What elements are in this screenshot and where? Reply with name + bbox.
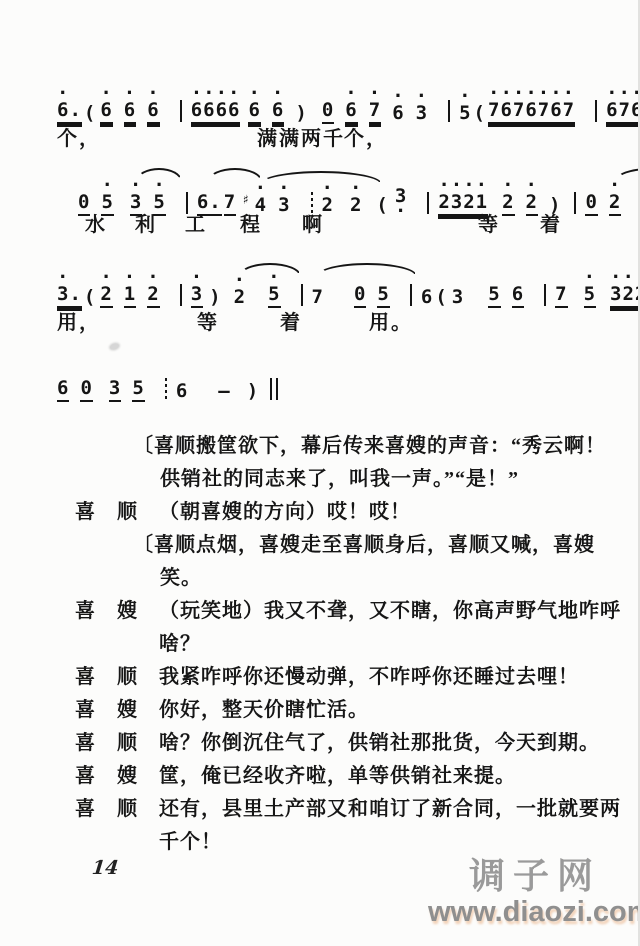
note-number: 7 <box>312 286 324 308</box>
barline <box>410 284 412 306</box>
note: 7 <box>555 274 567 308</box>
octave-dots-above: · <box>502 182 514 191</box>
dialog-text: 还有，县里土产部又和咱订了新合同，一批就要两千个！ <box>159 793 621 859</box>
parenthesis: ) <box>209 277 221 308</box>
note-number: 7 <box>224 191 236 216</box>
note-number: ) <box>247 380 259 402</box>
note-number: 6 <box>100 99 112 124</box>
parenthesis: ) <box>247 371 259 402</box>
note-number: 2 <box>147 283 159 308</box>
octave-dots-above <box>295 93 307 102</box>
note: 3 <box>109 368 121 402</box>
watermark-url-text: www.diaozi.com <box>428 896 640 928</box>
lyric: 工 <box>185 208 207 237</box>
note-number: 0 <box>354 283 366 308</box>
note-number: ( <box>435 286 447 308</box>
octave-dots-above: · <box>100 90 112 99</box>
rest-note: 0 <box>585 182 597 216</box>
note: ·5 <box>268 274 280 308</box>
lyric: 用， <box>57 306 101 335</box>
octave-dots-above <box>176 371 188 380</box>
octave-dots-above <box>555 274 567 283</box>
octave-dots-above: · <box>272 90 284 99</box>
note-number: 3 <box>416 102 428 124</box>
note-number: 6 <box>421 286 433 308</box>
music-line: · 6. (·6·6·6····6666·6·6 ) 0·6·7·6·3·5 (… <box>57 78 640 174</box>
octave-dots-above: · <box>278 185 290 194</box>
dialog-text-line: 筐，俺已经收齐啦，单等供销社来提。 <box>159 760 516 793</box>
octave-dots-above: · <box>268 274 280 283</box>
note: ·2 <box>100 274 112 308</box>
note: ·2 <box>526 182 538 216</box>
barline <box>448 100 450 122</box>
note-number: ( <box>474 102 486 124</box>
lyric: 水 <box>85 208 107 237</box>
note: 6 <box>512 274 524 308</box>
note-number: 7 <box>369 99 381 124</box>
dialog-text-line: 我紧咋呼你还慢动弹，不咋呼你还睡过去哩！ <box>159 661 579 694</box>
note-number: 0 <box>585 191 597 216</box>
dialog-text: 我紧咋呼你还慢动弹，不咋呼你还睡过去哩！ <box>159 661 579 694</box>
octave-dots-above <box>377 274 389 283</box>
note: 5 <box>488 274 500 308</box>
dialogue-section: 〔喜顺搬筐欲下，幕后传来喜嫂的声音：“秀云啊！供销社的同志来了，叫我一声。”“是… <box>75 430 605 859</box>
dialog-row: 喜 嫂筐，俺已经收齐啦，单等供销社来提。 <box>75 760 605 793</box>
octave-dots-above <box>322 90 334 99</box>
note-number: 0 <box>80 377 92 402</box>
octave-dots-above: · <box>124 274 136 283</box>
lyric: 着 <box>540 208 562 237</box>
note-number: 5 <box>132 377 144 402</box>
octave-dots-above: · <box>416 93 428 102</box>
octave-dots-above <box>57 368 69 377</box>
octave-dots-above <box>354 274 366 283</box>
note: ·6 <box>272 90 284 124</box>
octave-dots-above: · <box>369 90 381 99</box>
octave-dots-above <box>209 277 221 286</box>
note: ·5 <box>584 274 596 308</box>
note: 7 <box>224 182 236 216</box>
watermark-url-link[interactable]: www.diaozi.com www.diaozi.com <box>428 896 640 928</box>
lyric: 等 <box>478 208 500 237</box>
note: ·6 <box>392 93 404 124</box>
note: 6 <box>57 368 69 402</box>
octave-dots-above <box>197 182 222 191</box>
octave-dots-above <box>452 277 464 286</box>
dialog-text-line: 啥？你倒沉住气了，供销社那批货，今天到期。 <box>159 727 600 760</box>
score-page: · 6. (·6·6·6····6666·6·6 ) 0·6·7·6·3·5 (… <box>0 0 640 946</box>
dialog-text: 啥？你倒沉住气了，供销社那批货，今天到期。 <box>159 727 600 760</box>
octave-dots-above: · <box>130 182 142 191</box>
note-number: ( <box>376 194 388 216</box>
page-number: 14 <box>91 857 120 879</box>
lyric: 等 <box>197 306 219 335</box>
note-number: 2 <box>234 286 246 308</box>
note-number: ) <box>209 286 221 308</box>
notes-row: · 6. (·6·6·6····6666·6·6 ) 0·6·7·6·3·5 (… <box>57 78 640 124</box>
note-number: 3 <box>278 194 290 216</box>
stage-direction: 〔喜顺点烟，喜嫂走至喜顺身后，喜顺又喊，喜嫂笑。 <box>160 529 605 595</box>
note-number: 6 <box>124 99 136 124</box>
octave-dots-above <box>435 277 447 286</box>
dialog-text-line: 你好，整天价瞎忙活。 <box>159 694 369 727</box>
note: ·······7676767 <box>488 90 575 124</box>
dialog-row: 喜 顺还有，县里土产部又和咱订了新合同，一批就要两千个！ <box>75 793 605 859</box>
note: 3· <box>395 176 407 216</box>
barline <box>595 100 597 122</box>
octave-dots-above: · <box>350 185 362 194</box>
octave-dots-above: · <box>526 182 538 191</box>
note-number: 3227 <box>610 283 640 308</box>
octave-dots-above: · <box>584 274 596 283</box>
note: ·2 <box>350 185 362 216</box>
speaker-name: 喜 顺 <box>75 727 159 760</box>
octave-dots-above <box>224 182 236 191</box>
octave-dots-above <box>80 368 92 377</box>
octave-dots-above: · <box>147 90 159 99</box>
octave-dots-above: ······· <box>488 90 575 99</box>
note-number: 6 <box>345 99 357 124</box>
note-number: 2 <box>526 191 538 216</box>
note-number: 5 <box>584 283 596 308</box>
note-number: 3 <box>452 286 464 308</box>
note: ··· 3227 <box>610 274 640 308</box>
lyric: 着 <box>280 306 302 335</box>
note-number: 6 <box>392 102 404 124</box>
barline <box>180 284 182 306</box>
note: ·2 <box>147 274 159 308</box>
barline <box>544 284 546 306</box>
slur-arc <box>615 168 640 181</box>
note-number: 6 <box>176 380 188 402</box>
octave-dots-above: · <box>234 277 246 286</box>
octave-dots-above <box>240 177 252 186</box>
note-number: — <box>218 380 230 402</box>
note: ·2 <box>502 182 514 216</box>
dashed-barline <box>165 378 167 400</box>
note-number: 6 <box>272 99 284 124</box>
octave-dots-above: · <box>124 90 136 99</box>
note-number: 0 <box>322 99 334 124</box>
barline <box>180 100 182 122</box>
note-number: 6 <box>248 99 260 124</box>
watermark-site-name: 调子网 <box>428 856 640 896</box>
note: 6 <box>421 277 433 308</box>
dialog-text: （玩笑地）我又不聋，又不瞎，你高声野气地咋呼啥？ <box>159 595 621 661</box>
octave-dots-above: ···· <box>438 182 488 191</box>
octave-dots-above <box>585 182 597 191</box>
dialog-text-line: （朝喜嫂的方向）哎！哎！ <box>159 496 411 529</box>
final-barline <box>270 378 278 400</box>
speaker-name: 喜 顺 <box>75 793 159 826</box>
note-number: 6763 <box>606 99 640 124</box>
octave-dots-above <box>376 185 388 194</box>
note: · 3. <box>57 274 82 308</box>
note-number: 3. <box>57 283 82 308</box>
speaker-name: 喜 嫂 <box>75 595 159 628</box>
lyric: 用。 <box>369 306 413 335</box>
parenthesis: ( <box>376 185 388 216</box>
note-number: ) <box>295 102 307 124</box>
octave-dots-above: ··· <box>610 274 640 283</box>
note-number: 5 <box>377 283 389 308</box>
note-number: 2 <box>350 194 362 216</box>
octave-dots-above: · <box>101 182 113 191</box>
rest-note: 0 <box>322 90 334 124</box>
octave-dots-above <box>312 277 324 286</box>
octave-dots-above <box>512 274 524 283</box>
note: 5 <box>132 368 144 402</box>
dialog-text-line: （玩笑地）我又不聋，又不瞎，你高声野气地咋呼 <box>159 595 621 628</box>
note-number: ( <box>84 286 96 308</box>
note: ·6 <box>248 90 260 124</box>
octave-dots-above: ···· <box>191 90 241 99</box>
stage-direction: 〔喜顺搬筐欲下，幕后传来喜嫂的声音：“秀云啊！供销社的同志来了，叫我一声。”“是… <box>160 430 605 496</box>
note-number: ( <box>84 102 96 124</box>
octave-dots-above <box>132 368 144 377</box>
note-number: 6666 <box>191 99 241 124</box>
octave-dots-above: ···· <box>606 90 640 99</box>
note-number: 6 <box>57 377 69 402</box>
note: ·3 <box>416 93 428 124</box>
note-number: 2 <box>100 283 112 308</box>
lyric: 满满两千 <box>257 122 345 151</box>
lyric: 啊 <box>302 208 324 237</box>
octave-dots-above: · <box>345 90 357 99</box>
note: ····6666 <box>191 90 241 124</box>
note-number: 2 <box>502 191 514 216</box>
octave-dots-above: · <box>147 274 159 283</box>
dialog-text-line: 啥？ <box>159 628 621 661</box>
note-number: 3 <box>191 283 203 308</box>
dialog-text: 筐，俺已经收齐啦，单等供销社来提。 <box>159 760 516 793</box>
lyric: 个， <box>57 122 101 151</box>
octave-dots-above <box>84 93 96 102</box>
octave-dots-above: · <box>609 182 621 191</box>
dialog-row: 喜 嫂你好，整天价瞎忙活。 <box>75 694 605 727</box>
note: ·6 <box>147 90 159 124</box>
lyric: 利 <box>135 208 157 237</box>
octave-dots-above: · <box>57 90 82 99</box>
note: ·2 <box>609 182 621 216</box>
octave-dots-above: · <box>459 93 471 102</box>
octave-dots-above: · <box>153 182 165 191</box>
stage-direction-line: 供销社的同志来了，叫我一声。”“是！” <box>160 463 605 496</box>
octave-dots-above: · <box>392 93 404 102</box>
speaker-name: 喜 顺 <box>75 661 159 694</box>
note: 7 <box>312 277 324 308</box>
note: ·5 <box>459 93 471 124</box>
note-number: 5 <box>459 102 471 124</box>
note: ·2 <box>234 277 246 308</box>
note-number: 3 <box>109 377 121 402</box>
note-number: 6 <box>512 283 524 308</box>
note-number: 7676767 <box>488 99 575 124</box>
octave-dots-above <box>395 176 407 185</box>
speaker-name: 喜 嫂 <box>75 760 159 793</box>
note: 6 <box>176 371 188 402</box>
note: 5 <box>377 274 389 308</box>
note-number: 7 <box>555 283 567 308</box>
music-line: 0·5·3·5 6. 7 ♯·4·3·2·2 ( 3·····2321·2·2 … <box>78 164 640 260</box>
octave-dots-above <box>218 371 230 380</box>
note: 3 <box>452 277 464 308</box>
parenthesis: ( <box>435 277 447 308</box>
stage-direction-line: 笑。 <box>160 562 605 595</box>
octave-dots-above: · <box>322 185 334 194</box>
octave-dot-below: · <box>395 207 407 216</box>
note-number: 1 <box>124 283 136 308</box>
barline <box>301 284 303 306</box>
note: ·3 <box>191 274 203 308</box>
speaker-name: 喜 顺 <box>75 496 159 529</box>
octave-dots-above <box>78 182 90 191</box>
octave-dots-above: · <box>191 274 203 283</box>
dialog-row: 喜 嫂（玩笑地）我又不聋，又不瞎，你高声野气地咋呼啥？ <box>75 595 605 661</box>
octave-dots-above: · <box>57 274 82 283</box>
rest-note: 0 <box>80 368 92 402</box>
dialog-text: 你好，整天价瞎忙活。 <box>159 694 369 727</box>
notes-row: 6 0 3 5 6 — ) <box>57 356 287 402</box>
note: — <box>218 371 230 402</box>
parenthesis: ( <box>474 93 486 124</box>
dialog-text: （朝喜嫂的方向）哎！哎！ <box>159 496 411 529</box>
note-number: 5 <box>488 283 500 308</box>
rest-note: 0 <box>354 274 366 308</box>
slur-arc <box>317 263 417 276</box>
note: ·6 <box>100 90 112 124</box>
note: ·3 <box>278 185 290 216</box>
note: ·6 <box>345 90 357 124</box>
parenthesis: ) <box>295 93 307 124</box>
note: ·1 <box>124 274 136 308</box>
watermark: 调子网 www.diaozi.com www.diaozi.com <box>428 856 640 928</box>
barline <box>574 192 576 214</box>
octave-dots-above: · <box>248 90 260 99</box>
octave-dots-above <box>488 274 500 283</box>
note: · 6. <box>57 90 82 124</box>
octave-dots-above: · <box>100 274 112 283</box>
lyric: 程 <box>240 208 262 237</box>
note-number: 5 <box>268 283 280 308</box>
octave-dots-above <box>421 277 433 286</box>
octave-dots-above: · <box>255 185 267 194</box>
music-line: · 3. (·2·1·2·3 )·2·5 7 0 5 6 ( 3 5 6 7·5… <box>57 262 640 358</box>
stage-direction-line: 〔喜顺点烟，喜嫂走至喜顺身后，喜顺又喊，喜嫂 <box>133 529 605 562</box>
dialog-text-line: 还有，县里土产部又和咱订了新合同，一批就要两 <box>159 793 621 826</box>
octave-dots-above <box>84 277 96 286</box>
octave-dots-above <box>549 185 561 194</box>
note: ····6763 <box>606 90 640 124</box>
note: ·7 <box>369 90 381 124</box>
barline <box>427 192 429 214</box>
octave-dots-above <box>247 371 259 380</box>
note: ·6 <box>124 90 136 124</box>
parenthesis: ( <box>84 277 96 308</box>
dialog-row: 喜 顺我紧咋呼你还慢动弹，不咋呼你还睡过去哩！ <box>75 661 605 694</box>
octave-dots-above <box>474 93 486 102</box>
lyric: 个， <box>344 122 388 151</box>
octave-dots-above <box>109 368 121 377</box>
dialog-row: 喜 顺啥？你倒沉住气了，供销社那批货，今天到期。 <box>75 727 605 760</box>
stage-direction-line: 〔喜顺搬筐欲下，幕后传来喜嫂的声音：“秀云啊！ <box>133 430 605 463</box>
notes-row: · 3. (·2·1·2·3 )·2·5 7 0 5 6 ( 3 5 6 7·5… <box>57 262 640 308</box>
speaker-name: 喜 嫂 <box>75 694 159 727</box>
dialog-row: 喜 顺（朝喜嫂的方向）哎！哎！ <box>75 496 605 529</box>
note-number: 2 <box>609 191 621 216</box>
parenthesis: ( <box>84 93 96 124</box>
note-number: 6. <box>57 99 82 124</box>
note-number: 6 <box>147 99 159 124</box>
